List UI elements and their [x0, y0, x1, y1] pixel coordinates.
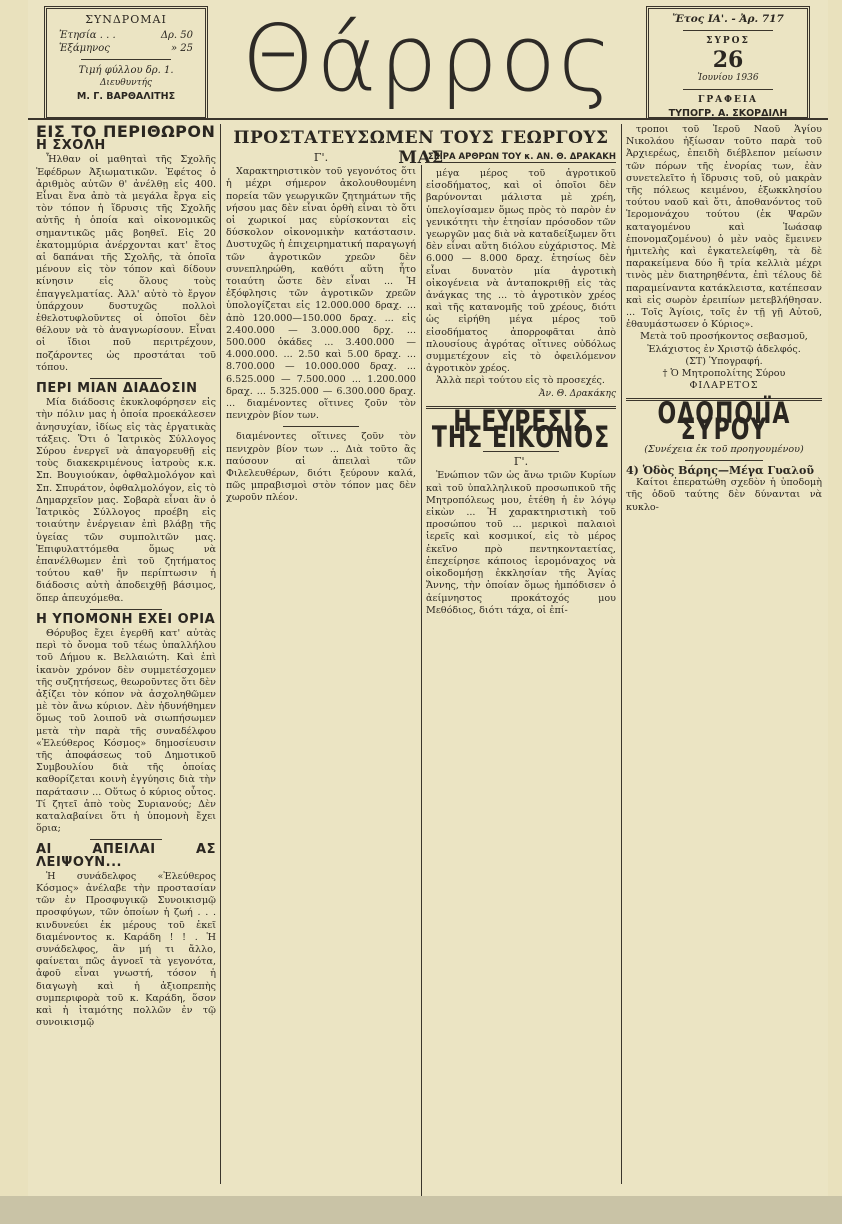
- part-number: Γ'.: [226, 152, 416, 164]
- column-margin-notes: ΕΙΣ ΤΟ ΠΕΡΙΘΩΡΟΝ Η ΣΧΟΛΗ Ἦλθαν οἱ μαθητα…: [36, 124, 216, 1029]
- closing-line: Μετὰ τοῦ προσήκοντος σεβασμοῦ,: [626, 331, 822, 343]
- article-body: Θόρυβος ἔχει ἐγερθῆ κατ' αὐτὰς περὶ τὸ ὄ…: [36, 628, 216, 835]
- closing-line: † Ὁ Μητροπολίτης Σύρου: [626, 368, 822, 380]
- icon-article-heading: Η ΕΥΡΕΣΙΣ ΤΗΣ ΕΙΚΟΝΟΣ: [426, 415, 616, 448]
- divider: [90, 609, 162, 610]
- article-heading: ΑΙ ΑΠΕΙΛΑΙ ΑΣ ΛΕΙΨΟΥΝ...: [36, 844, 216, 868]
- article-heading: ΠΕΡΙ ΜΙΑΝ ΔΙΑΔΟΣΙΝ: [36, 383, 216, 395]
- article-body: διαμένοντες οἵτινες ζοῦν τὸν πενιχρὸν βί…: [226, 431, 416, 504]
- newspaper-page: ΣΥΝΔΡΟΜΑΙ Ἐτησία . . . Δρ. 50 Ἑξάμηνος »…: [28, 0, 828, 1224]
- subscription-label: Ἐτησία . . .: [59, 29, 116, 42]
- article-heading: Η ΣΧΟΛΗ: [36, 140, 216, 152]
- masthead-rule: [28, 118, 828, 120]
- closing-line: (ΣΤ) Ὑπογραφή.: [626, 356, 822, 368]
- article-heading: Η ΥΠΟΜΟΝΗ ΕΧΕΙ ΟΡΙΑ: [36, 614, 216, 626]
- director-label: Διευθυντής: [51, 77, 201, 90]
- subscription-row: Ἑξάμηνος » 25: [51, 42, 201, 55]
- part-number: Γ'.: [426, 456, 616, 468]
- divider: [283, 426, 359, 427]
- masthead: ΣΥΝΔΡΟΜΑΙ Ἐτησία . . . Δρ. 50 Ἑξάμηνος »…: [28, 0, 828, 118]
- article-body: μέγα μέρος τοῦ ἀγροτικοῦ εἰσοδήματος, κα…: [426, 168, 616, 375]
- issue-month-year: Ἰουνίου 1936: [653, 72, 803, 85]
- newspaper-title: Θάρρος: [218, 0, 638, 118]
- divider: [685, 460, 763, 461]
- page-edge: [0, 1196, 842, 1224]
- issue-day: 26: [653, 48, 803, 72]
- article-body: Χαρακτηριστικὸν τοῦ γεγονότος ὅτι ἡ μέχρ…: [226, 166, 416, 422]
- column-divider: [220, 124, 221, 1184]
- column-divider: [421, 165, 422, 1224]
- column-continued: τροποι τοῦ Ἱεροῦ Ναοῦ Ἁγίου Νικολάου ἠξί…: [626, 124, 822, 514]
- article-body: τροποι τοῦ Ἱεροῦ Ναοῦ Ἁγίου Νικολάου ἠξί…: [626, 124, 822, 331]
- divider: [683, 89, 773, 90]
- article-body: Μία διάδοσις ἐκυκλοφόρησεν εἰς τὴν πόλιν…: [36, 397, 216, 604]
- subscriptions-box: ΣΥΝΔΡΟΜΑΙ Ἐτησία . . . Δρ. 50 Ἑξάμηνος »…: [44, 6, 208, 120]
- series-byline: ΣΕΙΡΑ ΑΡΘΡΩΝ ΤΟΥ κ. ΑΝ. Θ. ΔΡΑΚΑΚΗ: [426, 152, 616, 163]
- article-closing: Ἀλλὰ περὶ τούτου εἰς τὸ προσεχές.: [426, 375, 616, 387]
- section-heading: ΕΙΣ ΤΟ ΠΕΡΙΘΩΡΟΝ: [36, 126, 216, 138]
- subscription-row: Ἐτησία . . . Δρ. 50: [51, 29, 201, 42]
- subscription-value: » 25: [171, 42, 193, 55]
- article-body: Καίτοι ἐπερατώθη σχεδὸν ἡ ὑποδομὴ τῆς ὁδ…: [626, 477, 822, 514]
- divider: [683, 30, 773, 31]
- signatory-name: ΦΙΛΑΡΕΤΟΣ: [626, 380, 822, 392]
- article-body: Ἡ συνάδελφος «Ἐλεύθερος Κόσμος» ἀνέλαβε …: [36, 871, 216, 1030]
- road-article-heading: ΟΔΟΠΟΙΪΑ ΣΥΡΟΥ: [626, 407, 822, 440]
- divider: [81, 59, 171, 60]
- issue-info-box: Ἔτος ΙΑ'. - Ἀρ. 717 ΣΥΡΟΣ 26 Ἰουνίου 193…: [646, 6, 810, 120]
- issue-price: Τιμή φύλλου δρ. 1.: [51, 64, 201, 77]
- main-article-column-a: Γ'. Χαρακτηριστικὸν τοῦ γεγονότος ὅτι ἡ …: [226, 150, 416, 505]
- year-number: Ἔτος ΙΑ'. - Ἀρ. 717: [653, 13, 803, 26]
- divider: [90, 839, 162, 840]
- director-name: Μ. Γ. ΒΑΡΘΑΛΙΤΗΣ: [51, 90, 201, 103]
- subscriptions-heading: ΣΥΝΔΡΟΜΑΙ: [51, 13, 201, 26]
- article-body: Ἦλθαν οἱ μαθηταὶ τῆς Σχολῆς Ἐφέδρων Ἀξιω…: [36, 154, 216, 374]
- main-article-column-b: μέγα μέρος τοῦ ἀγροτικοῦ εἰσοδήματος, κα…: [426, 168, 616, 617]
- subscription-label: Ἑξάμηνος: [59, 42, 110, 55]
- subscription-value: Δρ. 50: [161, 29, 193, 42]
- column-divider: [621, 124, 622, 1184]
- author-signature: Ἀν. Θ. Δρακάκης: [426, 388, 616, 400]
- offices-label: ΓΡΑΦΕΙΑ: [653, 94, 803, 107]
- divider: [90, 378, 162, 379]
- road-item-title: 4) Ὁδὸς Βάρης—Μέγα Γυαλοῦ: [626, 465, 822, 477]
- article-body: Ἐνώπιον τῶν ὡς ἄνω τριῶν Κυρίων καὶ τοῦ …: [426, 470, 616, 616]
- closing-line: Ἐλάχιστος ἐν Χριστῷ ἀδελφός.: [626, 344, 822, 356]
